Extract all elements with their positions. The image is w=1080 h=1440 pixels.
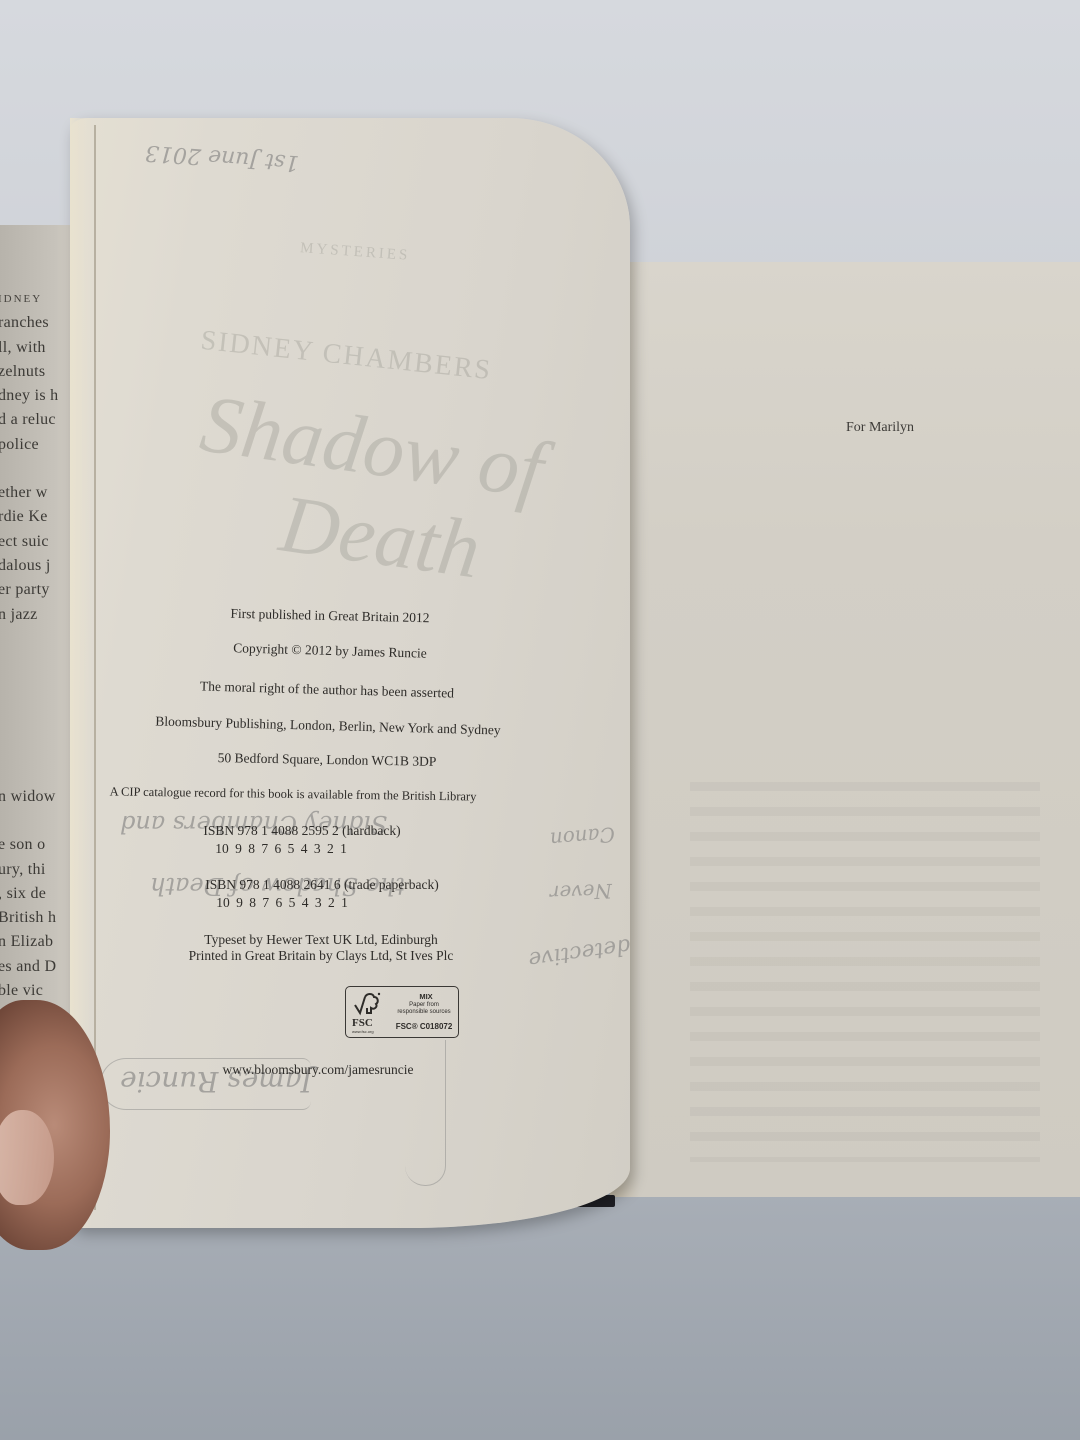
- handwritten-right-2: Never: [550, 879, 613, 905]
- typeset-line: Typeset by Hewer Text UK Ltd, Edinburgh: [101, 932, 541, 948]
- left-page-line: n jazz: [0, 603, 80, 627]
- page-fold-line: [94, 125, 96, 1210]
- printed-line: Printed in Great Britain by Clays Ltd, S…: [101, 948, 541, 964]
- fsc-wordmark: FSC: [352, 1017, 373, 1029]
- website-url: www.bloomsbury.com/jamesruncie: [98, 1062, 538, 1078]
- left-page-line: rdie Ke: [0, 505, 80, 529]
- left-page-line: d a reluc: [0, 408, 80, 432]
- left-page-line: n Elizab: [0, 930, 80, 954]
- left-page-heading: IDNEY: [0, 287, 80, 311]
- print-line-2: 10 9 8 7 6 5 4 3 2 1: [62, 895, 502, 911]
- left-page-line: n widow: [0, 785, 80, 809]
- left-page-line: zelnuts: [0, 360, 80, 384]
- left-page-line: ury, thi: [0, 858, 80, 882]
- left-page-line: er party: [0, 578, 80, 602]
- left-page-line: police: [0, 433, 80, 457]
- fsc-logo: FSC www.fsc.org MIX Paper from responsib…: [345, 986, 459, 1038]
- fsc-paper-line2: responsible sources: [392, 1009, 456, 1016]
- isbn-paperback: ISBN 978 1 4088 2641 6 (trade paperback): [102, 877, 542, 893]
- left-page-line: ether w: [0, 481, 80, 505]
- left-page-line: ranches: [0, 311, 80, 335]
- dedication-text: For Marilyn: [846, 420, 914, 436]
- left-page-line: ect suic: [0, 530, 80, 554]
- book-photo: IDNEY ranches ll, with zelnuts dney is h…: [0, 0, 1080, 1440]
- left-page-line: dalous j: [0, 554, 80, 578]
- fsc-code: FSC® C018072: [392, 1022, 456, 1031]
- isbn-hardback: ISBN 978 1 4088 2595 2 (hardback): [82, 823, 522, 839]
- left-page-line: es and D: [0, 955, 80, 979]
- fsc-paper-source: Paper from responsible sources: [392, 1002, 456, 1016]
- left-page: IDNEY ranches ll, with zelnuts dney is h…: [0, 225, 80, 1045]
- left-page-line: ll, with: [0, 336, 80, 360]
- fsc-tree-icon: [352, 991, 382, 1019]
- left-page-text-top: IDNEY ranches ll, with zelnuts dney is h…: [0, 287, 80, 627]
- show-through-text: [690, 782, 1040, 1162]
- fsc-site: www.fsc.org: [352, 1029, 374, 1034]
- dedication-page: For Marilyn: [610, 262, 1080, 1197]
- fsc-paper-line1: Paper from: [392, 1002, 456, 1009]
- fsc-mix: MIX: [396, 992, 456, 1001]
- left-page-line: dney is h: [0, 384, 80, 408]
- print-line-1: 10 9 8 7 6 5 4 3 2 1: [61, 841, 501, 857]
